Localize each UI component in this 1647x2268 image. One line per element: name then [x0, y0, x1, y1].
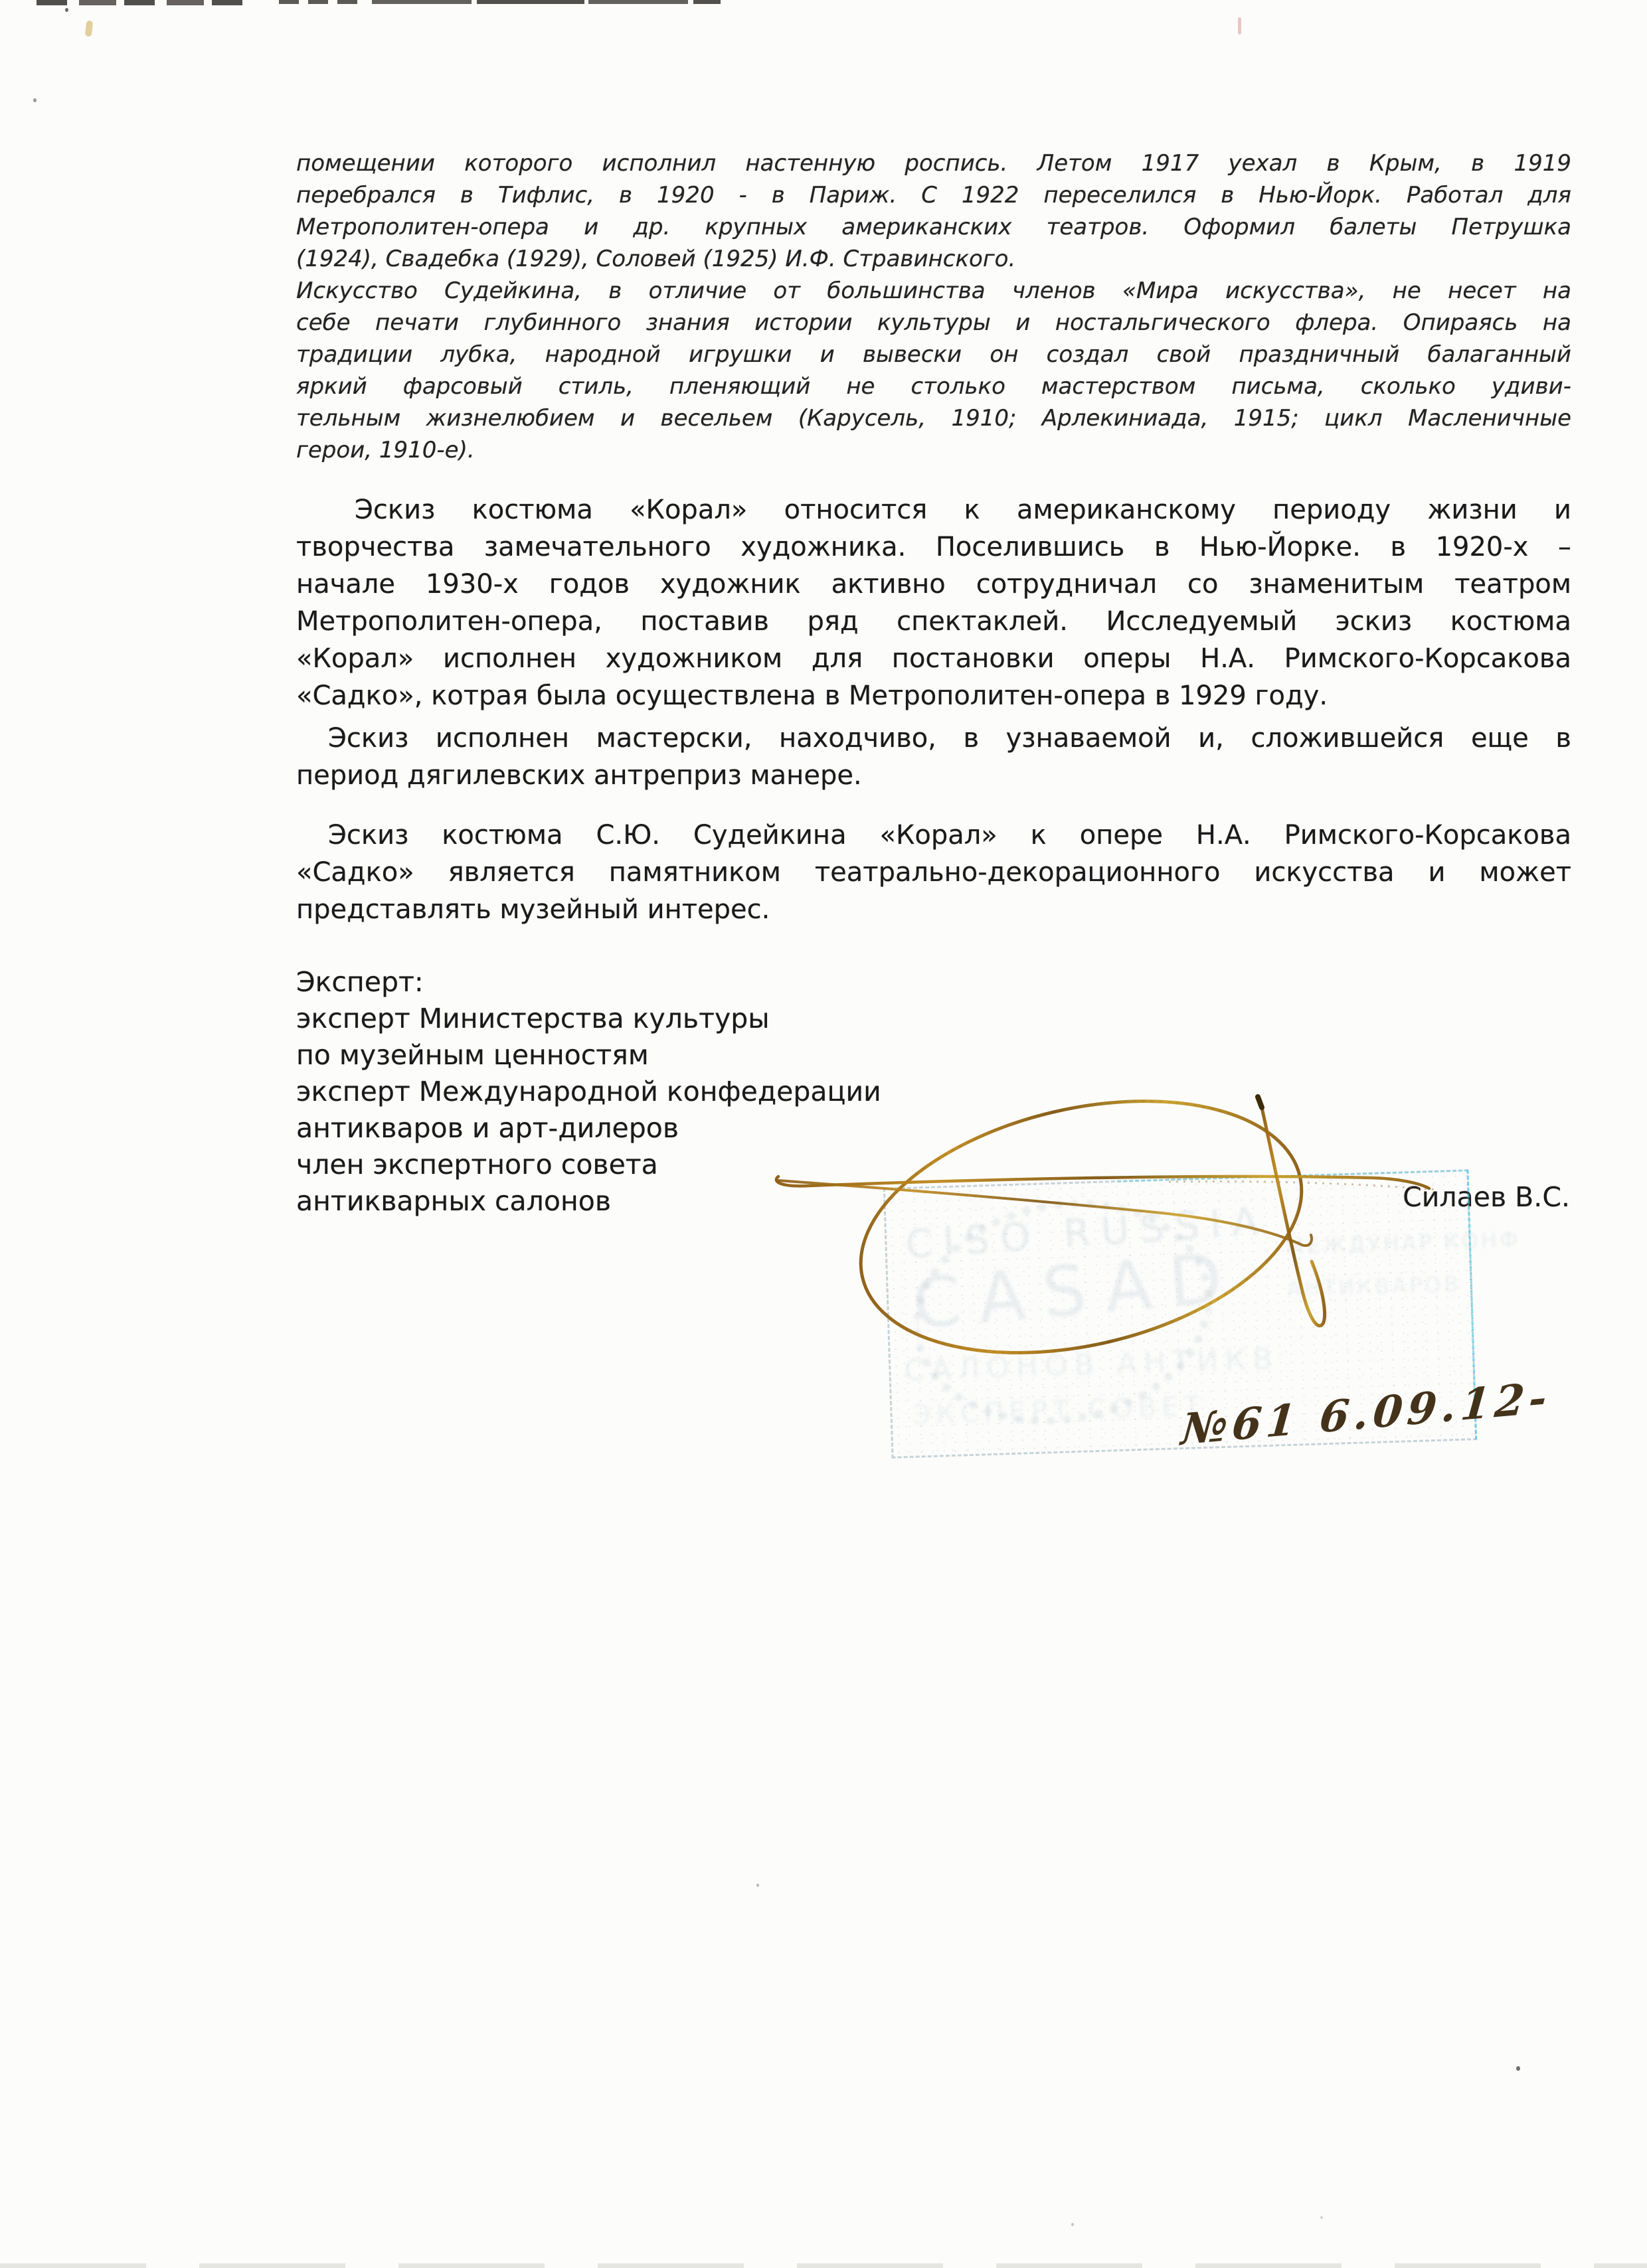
scan-speck — [33, 98, 37, 102]
text-line: Метрополитен-опера и др. крупных америка… — [296, 211, 1571, 243]
text-line: помещении которого исполнил настенную ро… — [296, 147, 1571, 179]
bio-paragraph-2: Искусство Судейкина, в отличие от больши… — [296, 275, 1571, 466]
text-line: перебрался в Тифлис, в 1920 - в Париж. С… — [296, 179, 1571, 211]
text-line: «Садко» является памятником театрально-д… — [296, 854, 1571, 891]
scan-edge-artifact — [279, 0, 359, 4]
text-line: тельным жизнелюбием и весельем (Карусель… — [296, 402, 1571, 434]
text-line: «Корал» исполнен художником для постанов… — [296, 640, 1571, 677]
text-line: Метрополитен-опера, поставив ряд спектак… — [296, 603, 1571, 640]
text-line: традиции лубка, народной игрушки и вывес… — [296, 339, 1571, 370]
bio-paragraph-1: помещении которого исполнил настенную ро… — [296, 147, 1571, 275]
scan-speck — [1320, 2216, 1323, 2219]
scan-edge-artifact — [372, 0, 721, 4]
text-line: Эскиз исполнен мастерски, находчиво, в у… — [296, 720, 1571, 757]
signature-silaev-ink — [704, 1069, 1488, 1401]
text-line: Эскиз костюма «Корал» относится к америк… — [296, 491, 1571, 528]
text-line: Эскиз костюма С.Ю. Судейкина «Корал» к о… — [296, 817, 1571, 854]
scan-speck — [1516, 2066, 1520, 2071]
text-line: (1924), Свадебка (1929), Соловей (1925) … — [296, 243, 1571, 275]
scan-edge-artifact — [37, 0, 242, 5]
report-paragraph-3: Эскиз костюма С.Ю. Судейкина «Корал» к о… — [296, 817, 1571, 928]
scan-speck — [756, 1884, 759, 1887]
scan-speck — [1071, 2223, 1074, 2226]
report-paragraph-1: Эскиз костюма «Корал» относится к америк… — [296, 491, 1571, 714]
text-line: яркий фарсовый стиль, пленяющий не столь… — [296, 370, 1571, 402]
text-line: творчества замечательного художника. Пос… — [296, 528, 1571, 566]
text-line: начале 1930-х годов художник активно сот… — [296, 566, 1571, 603]
scan-speck — [85, 21, 93, 37]
biography-italic-block: помещении которого исполнил настенную ро… — [296, 147, 1571, 466]
text-line: период дягилевских антреприз манере. — [296, 757, 1571, 794]
text-line: Искусство Судейкина, в отличие от больши… — [296, 275, 1571, 307]
text-line: по музейным ценностям — [296, 1037, 1571, 1074]
scan-speck — [65, 8, 68, 12]
text-line: представлять музейный интерес. — [296, 891, 1571, 928]
scan-speck — [1238, 17, 1241, 35]
text-line: Эксперт: — [296, 964, 1571, 1001]
report-body-block: Эскиз костюма «Корал» относится к америк… — [296, 491, 1571, 928]
scan-edge-artifact — [0, 2263, 1647, 2268]
text-line: «Садко», котрая была осуществлена в Метр… — [296, 677, 1571, 714]
report-paragraph-2: Эскиз исполнен мастерски, находчиво, в у… — [296, 720, 1571, 794]
text-line: себе печати глубинного знания истории ку… — [296, 307, 1571, 339]
scanned-expert-report-page: помещении которого исполнил настенную ро… — [0, 0, 1647, 2268]
text-line: герои, 1910-е). — [296, 434, 1571, 466]
text-line: эксперт Министерства культуры — [296, 1001, 1571, 1037]
